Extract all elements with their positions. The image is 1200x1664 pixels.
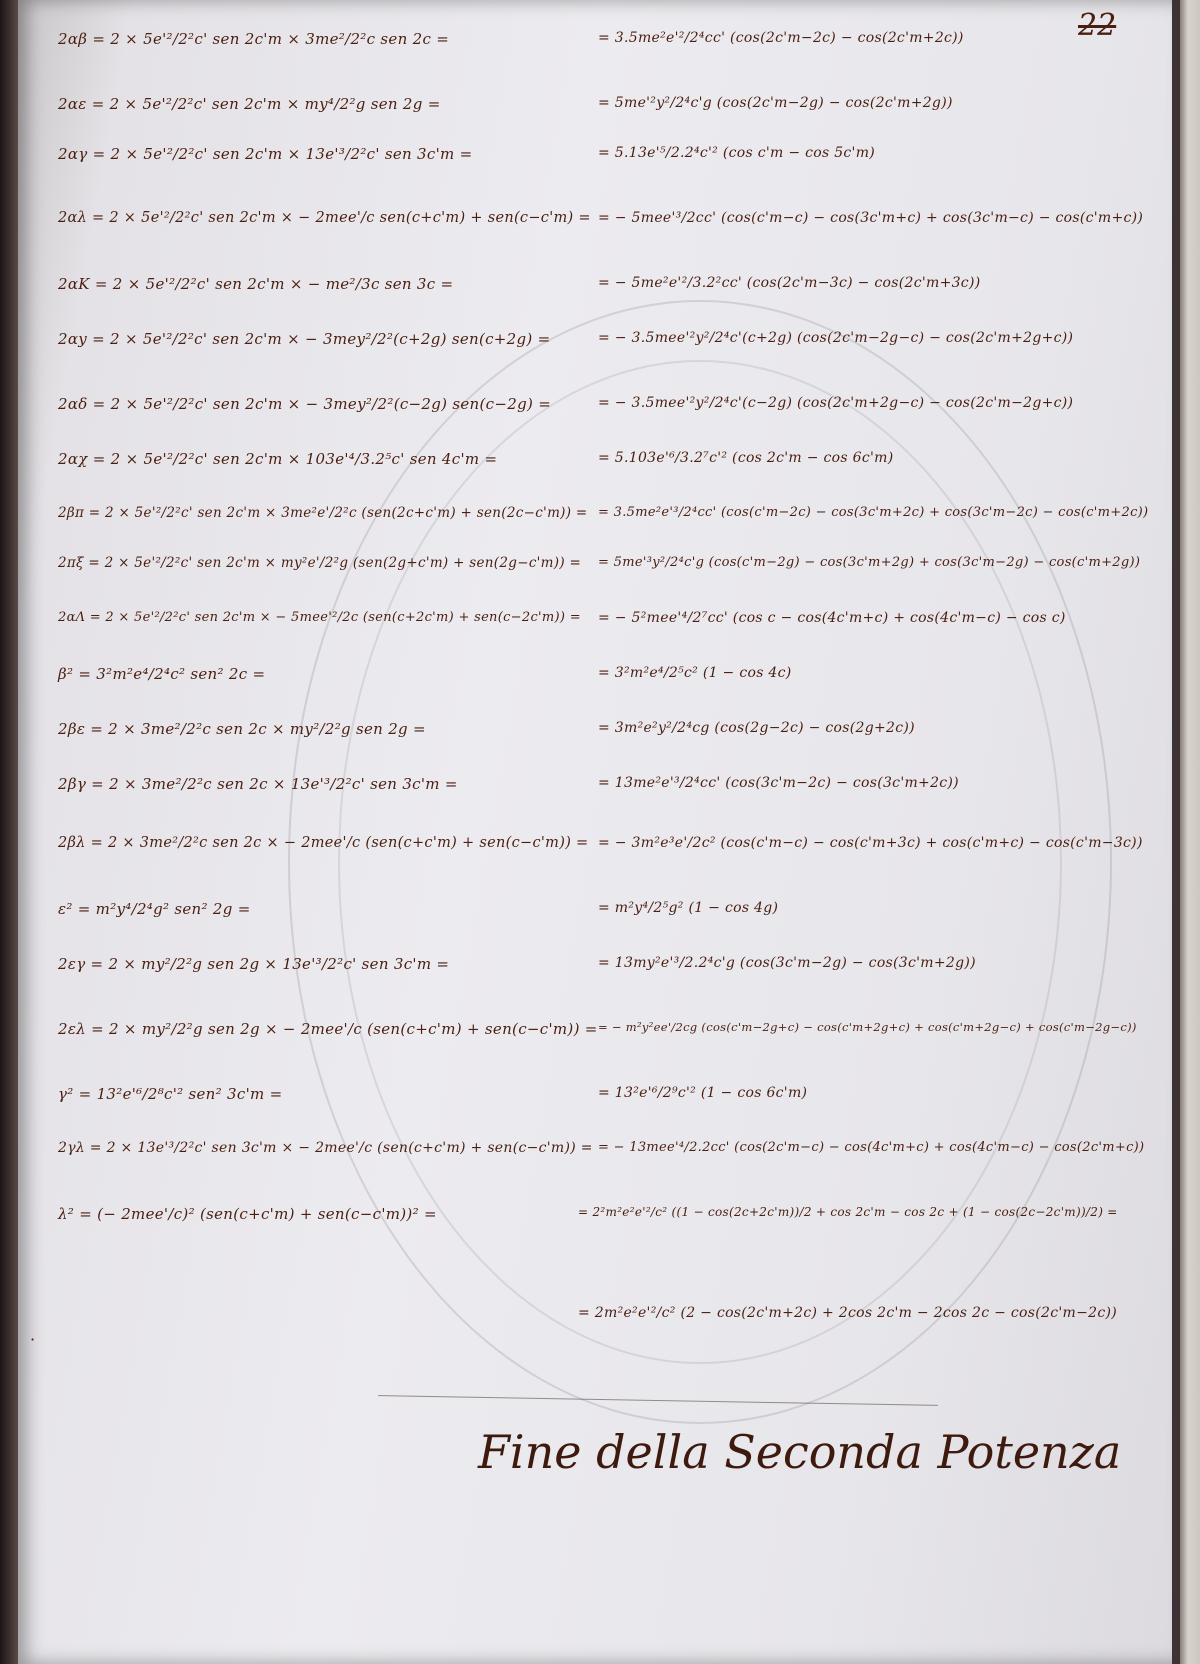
manuscript-page: 22 2αβ = 2 × 5e'²/2²c' sen 2c'm × 3me²/2… [18,0,1178,1664]
equation-lhs: 2βγ = 2 × 3me²/2²c sen 2c × 13e'³/2²c' s… [58,775,458,793]
equation-rhs: = − 5me²e'²/3.2²cc' (cos(2c'm−3c) − cos(… [598,275,980,291]
equation-rhs: = 13²e'⁶/2⁹c'² (1 − cos 6c'm) [598,1085,807,1101]
equation-lhs: 2ελ = 2 × my²/2²g sen 2g × − 2mee'/c (se… [58,1020,598,1038]
equation-rhs: = − 3.5mee'²y²/2⁴c'(c−2g) (cos(2c'm+2g−c… [598,395,1073,411]
equation-lhs: 2αε = 2 × 5e'²/2²c' sen 2c'm × my⁴/2²g s… [58,95,441,113]
equation-lhs: 2αδ = 2 × 5e'²/2²c' sen 2c'm × − 3mey²/2… [58,395,551,413]
equation-rhs: = 3.5me²e'²/2⁴cc' (cos(2c'm−2c) − cos(2c… [598,30,964,46]
equation-lhs: 2εγ = 2 × my²/2²g sen 2g × 13e'³/2²c' se… [58,955,449,973]
equation-rhs: = − 3.5mee'²y²/2⁴c'(c+2g) (cos(2c'm−2g−c… [598,330,1073,346]
closing-text: Fine della Seconda Potenza [478,1425,1121,1479]
equation-rhs: = − 5mee'³/2cc' (cos(c'm−c) − cos(3c'm+c… [598,210,1143,226]
equation-rhs: = 13my²e'³/2.2⁴c'g (cos(3c'm−2g) − cos(3… [598,955,976,971]
binding-left-edge [0,0,18,1664]
equation-rhs: = − 5²mee'⁴/2⁷cc' (cos c − cos(4c'm+c) +… [598,610,1066,626]
equation-rhs: = − 13mee'⁴/2.2cc' (cos(2c'm−c) − cos(4c… [598,1140,1144,1155]
book-spine [1180,0,1200,1664]
equation-lhs: 2βε = 2 × 3me²/2²c sen 2c × my²/2²g sen … [58,720,426,738]
equation-rhs: = 2²m²e²e'²/c² ((1 − cos(2c+2c'm))/2 + c… [578,1205,1118,1219]
equation-rhs: = 3m²e²y²/2⁴cg (cos(2g−2c) − cos(2g+2c)) [598,720,915,736]
equation-lhs: 2αχ = 2 × 5e'²/2²c' sen 2c'm × 103e'⁴/3.… [58,450,497,468]
equation-rhs: = 2m²e²e'²/c² (2 − cos(2c'm+2c) + 2cos 2… [578,1305,1117,1321]
equation-rhs: = 5me'²y²/2⁴c'g (cos(2c'm−2g) − cos(2c'm… [598,95,953,111]
equation-rhs: = 5.13e'⁵/2.2⁴c'² (cos c'm − cos 5c'm) [598,145,875,161]
equation-rhs: = − 3m²e³e'/2c² (cos(c'm−c) − cos(c'm+3c… [598,835,1143,851]
equation-lhs: ε² = m²y⁴/2⁴g² sen² 2g = [58,900,251,918]
equation-lhs: γ² = 13²e'⁶/2⁸c'² sen² 3c'm = [58,1085,282,1103]
equation-rhs: = 5me'³y²/2⁴c'g (cos(c'm−2g) − cos(3c'm+… [598,555,1140,570]
equation-lhs: 2αβ = 2 × 5e'²/2²c' sen 2c'm × 3me²/2²c … [58,30,449,48]
page-number: 22 [1078,8,1116,43]
equation-lhs: 2αγ = 2 × 5e'²/2²c' sen 2c'm × 13e'³/2²c… [58,145,472,163]
equation-rhs: = 3²m²e⁴/2⁵c² (1 − cos 4c) [598,665,792,681]
equation-lhs: λ² = (− 2mee'/c)² (sen(c+c'm) + sen(c−c'… [58,1205,437,1223]
equation-rhs: = 3.5me²e'³/2⁴cc' (cos(c'm−2c) − cos(3c'… [598,505,1148,520]
spine-bar [1172,0,1180,1664]
equation-lhs: 2βλ = 2 × 3me²/2²c sen 2c × − 2mee'/c (s… [58,835,589,851]
equation-rhs: = 13me²e'³/2⁴cc' (cos(3c'm−2c) − cos(3c'… [598,775,959,791]
equation-lhs: 2γλ = 2 × 13e'³/2²c' sen 3c'm × − 2mee'/… [58,1140,593,1156]
equation-lhs: β² = 3²m²e⁴/2⁴c² sen² 2c = [58,665,265,683]
equation-lhs: 2αλ = 2 × 5e'²/2²c' sen 2c'm × − 2mee'/c… [58,210,591,226]
equation-lhs: 2πξ = 2 × 5e'²/2²c' sen 2c'm × my²e'/2²g… [58,555,581,571]
equation-lhs: 2αK = 2 × 5e'²/2²c' sen 2c'm × − me²/3c … [58,275,453,293]
equation-rhs: = m²y⁴/2⁵g² (1 − cos 4g) [598,900,778,916]
equation-rhs: = 5.103e'⁶/3.2⁷c'² (cos 2c'm − cos 6c'm) [598,450,893,466]
equation-rhs: = − m²y²ee'/2cg (cos(c'm−2g+c) − cos(c'm… [598,1020,1137,1034]
equation-lhs: 2βπ = 2 × 5e'²/2²c' sen 2c'm × 3me²e'/2²… [58,505,588,521]
equation-lhs: 2αy = 2 × 5e'²/2²c' sen 2c'm × − 3mey²/2… [58,330,551,348]
margin-mark: · [30,1330,35,1349]
equation-lhs: 2αΛ = 2 × 5e'²/2²c' sen 2c'm × − 5mee'²/… [58,610,581,625]
